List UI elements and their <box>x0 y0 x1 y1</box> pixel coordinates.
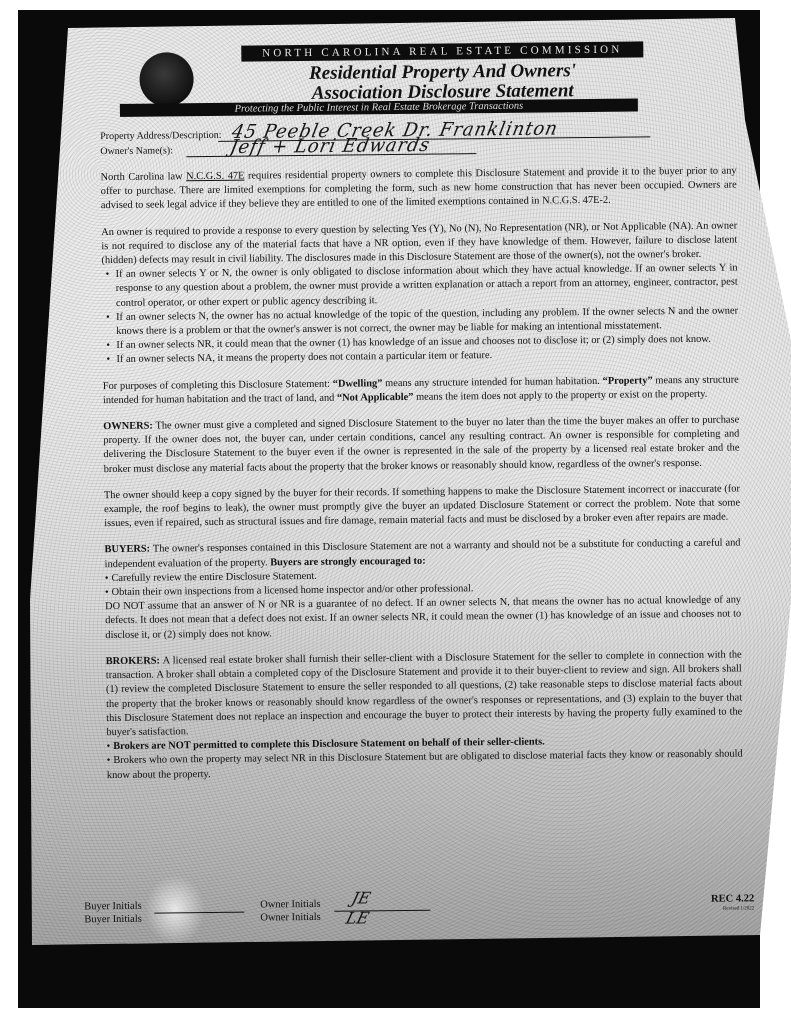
brokers-bullets: Brokers are NOT permitted to complete th… <box>106 734 742 783</box>
bullet-item: If an owner selects Y or N, the owner is… <box>116 262 738 311</box>
owners-section: OWNERS: The owner must give a completed … <box>103 413 740 476</box>
definitions-text: means the item does not apply to the pro… <box>413 389 707 403</box>
response-instructions: An owner is required to provide a respon… <box>101 219 737 268</box>
initials-footer: Buyer Initials Buyer Initials Owner Init… <box>84 892 764 939</box>
definitions-text: means any structure intended for human h… <box>382 376 602 389</box>
brokers-heading: BROKERS: <box>106 655 160 667</box>
response-bullets: If an owner selects Y or N, the owner is… <box>102 262 739 368</box>
statute-link: N.C.G.S. 47E <box>186 171 244 183</box>
brokers-text: A licensed real estate broker shall furn… <box>106 649 743 738</box>
owners-text: The owner must give a completed and sign… <box>103 414 739 474</box>
form-number-text: REC 4.22 <box>711 893 754 904</box>
owners-update-paragraph: The owner should keep a copy signed by t… <box>104 482 740 531</box>
document-content: NORTH CAROLINA REAL ESTATE COMMISSION Re… <box>0 0 791 1024</box>
owners-heading: OWNERS: <box>103 421 153 433</box>
form-revision: Revised 1/2022 <box>711 904 754 914</box>
owner-initials-value: JE <box>350 888 373 907</box>
document-page: NORTH CAROLINA REAL ESTATE COMMISSION Re… <box>0 0 791 1024</box>
term-dwelling: “Dwelling” <box>333 378 383 390</box>
owner-initials-label: Owner Initials <box>260 899 320 911</box>
intro-paragraph: North Carolina law N.C.G.S. 47E requires… <box>101 164 737 213</box>
definitions-paragraph: For purposes of completing this Disclosu… <box>103 373 739 408</box>
intro-text-start: North Carolina law <box>101 171 187 183</box>
buyers-heading: BUYERS: <box>104 544 150 555</box>
owner-initials-value: LE <box>344 908 371 927</box>
form-number: REC 4.22 Revised 1/2022 <box>711 894 754 914</box>
brokers-section: BROKERS: A licensed real estate broker s… <box>106 648 743 740</box>
tagline-banner: Protecting the Public Interest in Real E… <box>120 98 638 116</box>
term-not-applicable: “Not Applicable” <box>337 392 414 404</box>
state-seal-icon <box>139 52 194 107</box>
term-property: “Property” <box>603 375 653 387</box>
buyers-warning: DO NOT assume that an answer of N or NR … <box>105 594 741 643</box>
bullet-item: Brokers who own the property may select … <box>107 748 743 783</box>
disclosure-body: North Carolina law N.C.G.S. 47E requires… <box>101 164 743 782</box>
buyer-initials-label: Buyer Initials <box>84 914 142 926</box>
owner-names-label: Owner's Name(s): <box>100 145 173 157</box>
owner-initials-label: Owner Initials <box>260 912 320 924</box>
agency-banner: NORTH CAROLINA REAL ESTATE COMMISSION <box>241 41 643 61</box>
buyer-initials-label: Buyer Initials <box>84 901 142 913</box>
buyers-emphasis: Buyers are strongly encouraged to: <box>270 555 426 568</box>
buyer-initials-line[interactable] <box>154 912 244 914</box>
definitions-text: For purposes of completing this Disclosu… <box>103 378 333 391</box>
owner-names-value: Jeff + Lori Edwards <box>228 134 432 158</box>
